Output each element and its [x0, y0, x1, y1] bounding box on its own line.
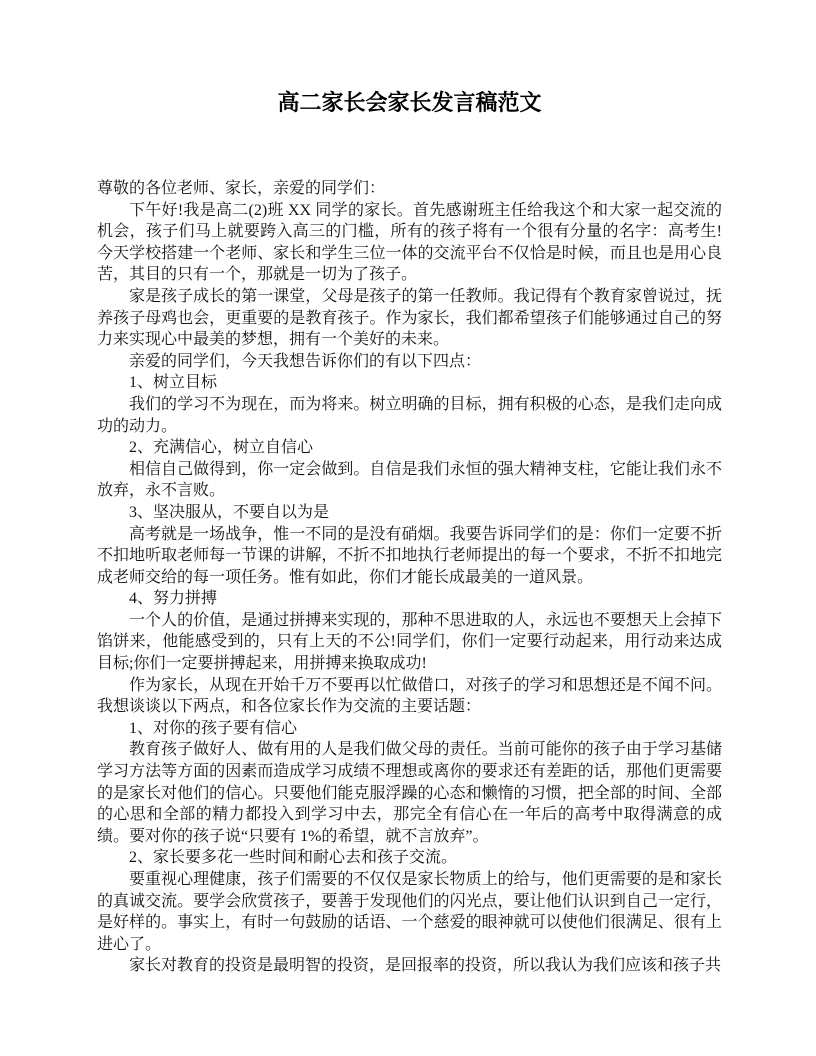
paragraph: 作为家长，从现在开始千万不要再以忙做借口，对孩子的学习和思想还是不闻不问。我想谈…: [97, 675, 722, 718]
paragraph: 4、努力拼搏: [97, 588, 722, 610]
paragraph: 相信自己做得到，你一定会做到。自信是我们永恒的强大精神支柱，它能让我们永不放弃，…: [97, 459, 722, 502]
paragraph: 下午好!我是高二(2)班 XX 同学的家长。首先感谢班主任给我这个和大家一起交流…: [97, 200, 722, 286]
paragraph: 教育孩子做好人、做有用的人是我们做父母的责任。当前可能你的孩子由于学习基储学习方…: [97, 739, 722, 847]
paragraph: 亲爱的同学们，今天我想告诉你们的有以下四点：: [97, 351, 722, 373]
paragraph: 1、树立目标: [97, 372, 722, 394]
paragraph: 一个人的价值，是通过拼搏来实现的，那种不思进取的人，永远也不要想天上会掉下馅饼来…: [97, 610, 722, 675]
paragraph: 高考就是一场战争，惟一不同的是没有硝烟。我要告诉同学们的是：你们一定要不折不扣地…: [97, 524, 722, 589]
paragraph: 要重视心理健康，孩子们需要的不仅仅是家长物质上的给与，他们更需要的是和家长的真诚…: [97, 869, 722, 955]
paragraph: 家是孩子成长的第一课堂，父母是孩子的第一任教师。我记得有个教育家曾说过，抚养孩子…: [97, 286, 722, 351]
document-title: 高二家长会家长发言稿范文: [97, 88, 722, 118]
paragraph: 1、对你的孩子要有信心: [97, 718, 722, 740]
paragraph: 我们的学习不为现在，而为将来。树立明确的目标，拥有积极的心态，是我们走向成功的动…: [97, 394, 722, 437]
document-page: 高二家长会家长发言稿范文 尊敬的各位老师、家长，亲爱的同学们：下午好!我是高二(…: [0, 0, 816, 1056]
paragraph: 尊敬的各位老师、家长，亲爱的同学们：: [97, 178, 722, 200]
paragraph: 家长对教育的投资是最明智的投资，是回报率的投资，所以我认为我们应该和孩子共: [97, 955, 722, 977]
paragraph: 2、家长要多花一些时间和耐心去和孩子交流。: [97, 847, 722, 869]
paragraph: 3、坚决服从，不要自以为是: [97, 502, 722, 524]
paragraph: 2、充满信心，树立自信心: [97, 437, 722, 459]
document-body: 尊敬的各位老师、家长，亲爱的同学们：下午好!我是高二(2)班 XX 同学的家长。…: [97, 178, 722, 977]
